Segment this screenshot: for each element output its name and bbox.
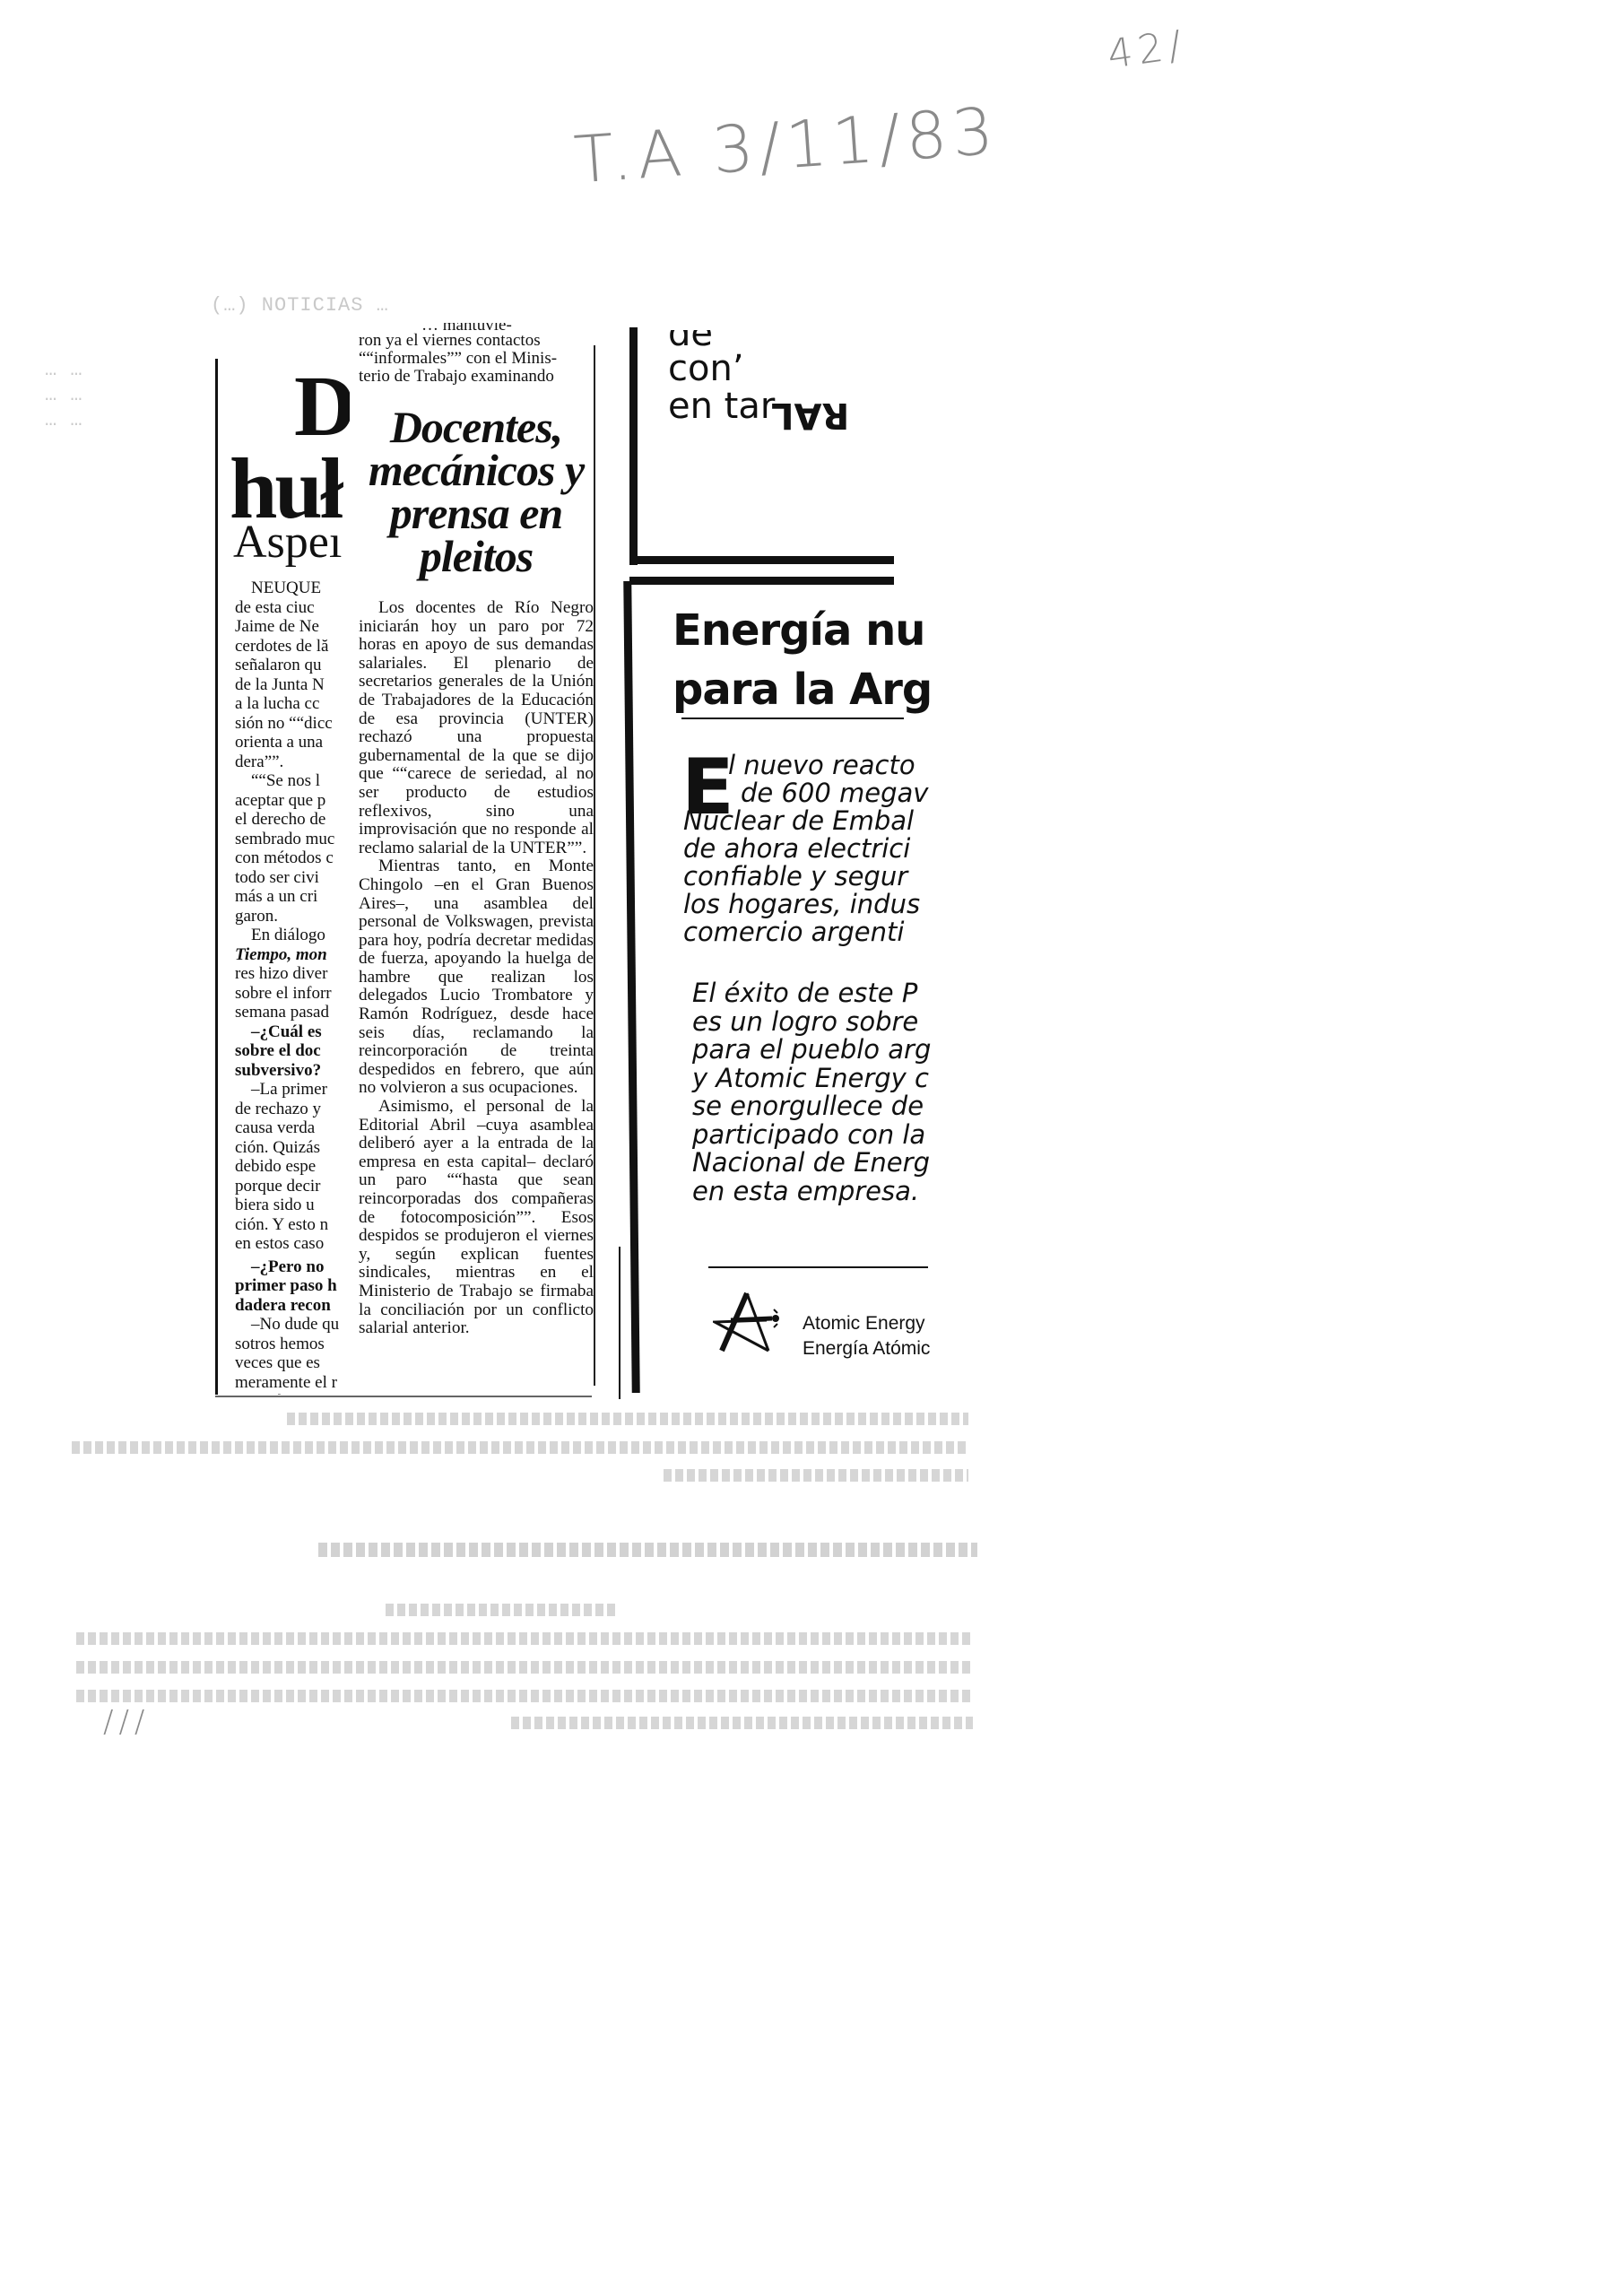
text-line: ““informales”” con el Minis-	[359, 350, 594, 368]
text-line: debido espe	[235, 1157, 350, 1177]
text-line: En diálogo	[235, 926, 350, 945]
brand-line: Atomic Energy	[803, 1311, 930, 1336]
bleed-through-line	[76, 1690, 973, 1702]
text-line: para el pueblo arg	[692, 1036, 931, 1065]
text-line: sión no ““dicc	[235, 714, 350, 734]
text-line: de la Junta N	[235, 675, 350, 695]
text-line: res hizo diver	[235, 964, 350, 984]
ad-border	[629, 327, 638, 565]
ad-border	[629, 577, 894, 585]
text-line: primer paso h	[235, 1276, 350, 1296]
bleed-through-line	[318, 1543, 977, 1557]
text-line: comercio argenti	[683, 918, 916, 946]
bleed-through-line: … …	[45, 409, 83, 431]
atomic-energy-logo-icon	[713, 1291, 785, 1354]
ad-fragment-text: de con’ en tar	[668, 330, 775, 425]
text-line: y Atomic Energy c	[692, 1065, 931, 1093]
text-line: –¿Cuál es	[235, 1022, 350, 1042]
text-line: –La primer	[235, 1080, 350, 1100]
text-line: porque decir	[235, 1177, 350, 1196]
flipped-fragment-text: RAL	[771, 395, 849, 436]
text-line: ción. Y esto n	[235, 1215, 350, 1235]
title-line: Energía nu	[672, 601, 932, 660]
text-line: sobre el doc	[235, 1041, 350, 1061]
bleed-through-line: … …	[45, 384, 83, 406]
middle-article: … mantuvie- ron ya el viernes contactos …	[359, 323, 594, 1338]
text-line: veces que es	[235, 1353, 350, 1373]
ad-title: Energía nu para la Arg	[672, 601, 932, 719]
text-line: el derecho de	[235, 810, 350, 830]
text-line: más a un cri	[235, 887, 350, 907]
text-line: sobre el inforr	[235, 984, 350, 1004]
text-line: NEUQUE	[235, 578, 350, 598]
article-headline: Docentes, mecánicos y prensa en pleitos	[359, 405, 594, 578]
text-line: todo ser civi	[235, 868, 350, 888]
bleed-through-line	[76, 1661, 973, 1674]
bleed-through-line	[72, 1441, 968, 1454]
text-line: causa verda	[235, 1118, 350, 1138]
ad-border	[629, 556, 894, 564]
text-line: dadera recon	[235, 1296, 350, 1316]
text-line: orienta a una	[235, 733, 350, 752]
bleed-through-line	[287, 1413, 968, 1425]
text-line: en esta empresa.	[692, 1178, 931, 1206]
text-line: señalaron qu	[235, 656, 350, 675]
text-line: los hogares, indus	[683, 891, 916, 918]
text-line: biera sido u	[235, 1196, 350, 1215]
text-line: Tiempo, mon	[235, 945, 350, 965]
ad-body-secondary: El éxito de este P es un logro sobre par…	[692, 979, 931, 1205]
text-line: ron ya el viernes contactos	[359, 332, 594, 350]
ad-body: l nuevo reacto de 600 megav Nuclear de E…	[683, 752, 916, 946]
handwritten-tally-marks: ///	[103, 1704, 150, 1740]
text-line: meramente el r	[235, 1373, 350, 1393]
text-line: en tar	[668, 387, 775, 425]
ad-divider	[681, 717, 904, 719]
text-line: to, no basta co	[235, 1392, 350, 1395]
text-line: de rechazo y	[235, 1100, 350, 1119]
ad-border	[619, 1247, 620, 1399]
text-line: sembrado muc	[235, 830, 350, 849]
text-line: l nuevo reacto	[683, 752, 916, 779]
text-line: semana pasad	[235, 1003, 350, 1022]
text-line: de esta ciuc	[235, 598, 350, 618]
bleed-through-line	[664, 1469, 968, 1482]
bleed-through-line	[76, 1632, 973, 1645]
paragraph: Los docentes de Río Negro iniciarán hoy …	[359, 599, 594, 857]
handwritten-date-annotation: T.A 3/11/83	[572, 93, 1002, 198]
bleed-through-line: … …	[45, 359, 83, 381]
text-line: aceptar que p	[235, 791, 350, 811]
text-line: ción. Quizás	[235, 1138, 350, 1158]
subhead-fragment: Aspeı	[233, 516, 342, 569]
text-line: El éxito de este P	[692, 979, 931, 1008]
ad-divider	[708, 1266, 928, 1268]
bleed-through-line	[386, 1604, 619, 1616]
bleed-through-line	[511, 1717, 973, 1729]
ad-border	[623, 581, 639, 1393]
text-line: dera””.	[235, 752, 350, 772]
handwritten-page-number: 42/	[1105, 22, 1190, 78]
text-line: de ahora electrici	[683, 835, 916, 863]
headline-fragment: D	[294, 363, 350, 449]
left-article-body: NEUQUE de esta ciuc Jaime de Ne cerdotes…	[235, 578, 350, 1395]
ad-brand-name: Atomic Energy Energía Atómic	[803, 1311, 930, 1361]
text-line: subversivo?	[235, 1061, 350, 1081]
title-line: para la Arg	[672, 660, 932, 719]
text-line: terio de Trabajo examinando	[359, 368, 594, 386]
middle-article-body: Los docentes de Río Negro iniciarán hoy …	[359, 599, 594, 1338]
paragraph: Asimismo, el personal de la Editorial Ab…	[359, 1098, 594, 1338]
text-line: cerdotes de lă	[235, 637, 350, 657]
text-line-cut: de	[668, 330, 775, 350]
clip-edge	[215, 1396, 592, 1397]
brand-line: Energía Atómic	[803, 1336, 930, 1361]
paragraph: Mientras tanto, en Monte Chingolo –en el…	[359, 857, 594, 1098]
text-line: participado con la	[692, 1121, 931, 1150]
text-line: Jaime de Ne	[235, 617, 350, 637]
bleed-through-header: (…) NOTICIAS …	[211, 294, 389, 317]
text-line: confiable y segur	[683, 863, 916, 891]
text-line: a la lucha cc	[235, 694, 350, 714]
left-article: D huł Aspeı NEUQUE de esta ciuc Jaime de…	[215, 354, 350, 1395]
text-line: se enorgullece de	[692, 1092, 931, 1121]
text-line: ““Se nos l	[235, 771, 350, 791]
text-line: es un logro sobre	[692, 1008, 931, 1037]
text-line: en estos caso	[235, 1234, 350, 1254]
text-line: sotros hemos	[235, 1335, 350, 1354]
column-rule	[594, 345, 595, 1386]
text-line: Nacional de Energ	[692, 1149, 931, 1178]
text-line: con’	[668, 350, 775, 387]
text-line: de 600 megav	[683, 779, 916, 807]
text-line: –No dude qu	[235, 1315, 350, 1335]
text-line: Nuclear de Embal	[683, 807, 916, 835]
text-line: –¿Pero no	[235, 1257, 350, 1277]
text-line: garon.	[235, 907, 350, 926]
text-line: con métodos c	[235, 848, 350, 868]
